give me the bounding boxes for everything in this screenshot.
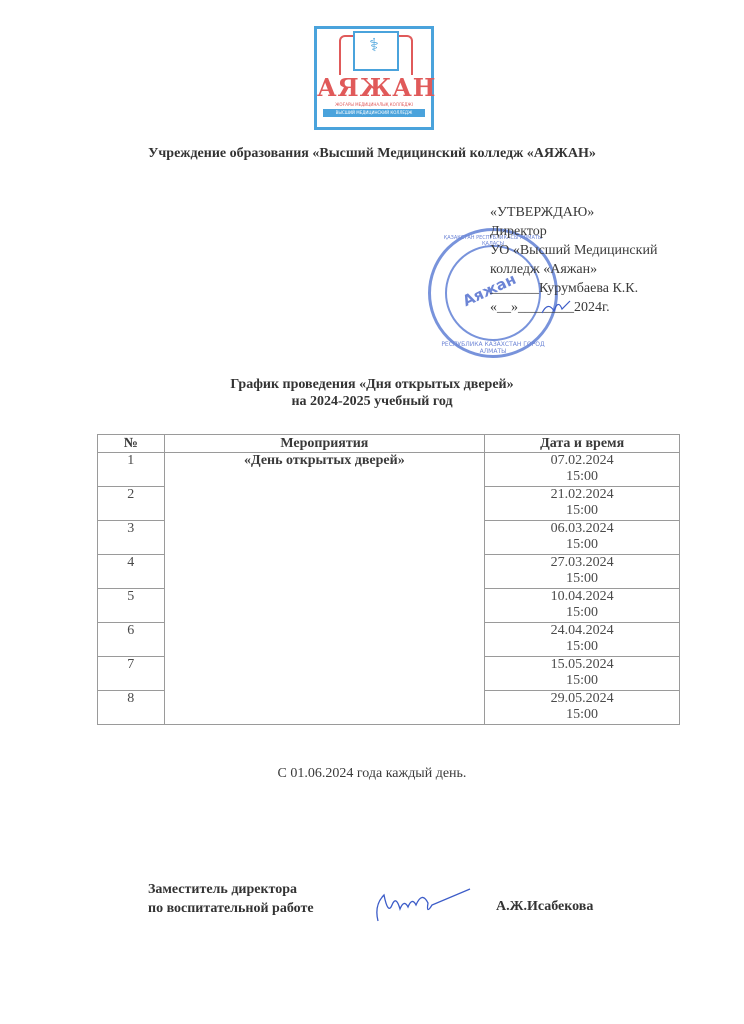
header-datetime: Дата и время [485,435,680,453]
signatory-name: А.Ж.Исабекова [496,899,593,915]
row-datetime: 10.04.202415:00 [485,589,680,623]
daily-note: С 01.06.2024 года каждый день. [0,766,744,782]
event-name: «День открытых дверей» [164,453,485,725]
logo-subtitle-kz: ЖОҒАРЫ МЕДИЦИНАЛЫҚ КОЛЛЕДЖІ [321,102,427,107]
header-event: Мероприятия [164,435,485,453]
document-title: График проведения «Дня открытых дверей» … [0,376,744,410]
row-time: 15:00 [485,605,679,621]
row-date: 24.04.2024 [485,623,679,639]
row-time: 15:00 [485,707,679,723]
row-datetime: 29.05.202415:00 [485,691,680,725]
table-row: 1 «День открытых дверей» 07.02.202415:00 [98,453,680,487]
row-time: 15:00 [485,537,679,553]
title-line1: График проведения «Дня открытых дверей» [0,376,744,393]
institution-name: Учреждение образования «Высший Медицинск… [0,146,744,162]
stamp-rim-bottom: РЕСПУБЛИКА КАЗАХСТАН ГОРОД АЛМАТЫ [437,341,549,355]
row-datetime: 15.05.202415:00 [485,657,680,691]
approval-org-line2: колледж «Аяжан» [490,260,657,279]
row-date: 07.02.2024 [485,453,679,469]
caduceus-icon: ⚕ [364,35,384,55]
approval-heading: «УТВЕРЖДАЮ» [490,203,657,222]
handwritten-signature-icon [370,885,480,925]
row-date: 10.04.2024 [485,589,679,605]
row-time: 15:00 [485,639,679,655]
row-date: 21.02.2024 [485,487,679,503]
director-signature-icon [540,297,580,317]
row-number: 2 [98,487,165,521]
approval-signer: _______Курумбаева К.К. [490,279,657,298]
row-number: 1 [98,453,165,487]
row-number: 7 [98,657,165,691]
logo-brand: АЯЖАН [317,75,431,101]
row-number: 8 [98,691,165,725]
role-line2: по воспитательной работе [148,899,314,918]
row-datetime: 21.02.202415:00 [485,487,680,521]
row-time: 15:00 [485,571,679,587]
role-line1: Заместитель директора [148,880,314,899]
row-date: 27.03.2024 [485,555,679,571]
table-header-row: № Мероприятия Дата и время [98,435,680,453]
row-number: 3 [98,521,165,555]
row-date: 29.05.2024 [485,691,679,707]
row-time: 15:00 [485,673,679,689]
row-time: 15:00 [485,469,679,485]
row-number: 5 [98,589,165,623]
approval-position: Директор [490,222,657,241]
row-date: 15.05.2024 [485,657,679,673]
row-datetime: 06.03.202415:00 [485,521,680,555]
row-time: 15:00 [485,503,679,519]
approval-org-line1: УО «Высший Медицинский [490,241,657,260]
row-datetime: 27.03.202415:00 [485,555,680,589]
title-line2: на 2024-2025 учебный год [0,393,744,410]
row-datetime: 24.04.202415:00 [485,623,680,657]
row-datetime: 07.02.202415:00 [485,453,680,487]
row-number: 4 [98,555,165,589]
college-logo: ⚕ АЯЖАН ЖОҒАРЫ МЕДИЦИНАЛЫҚ КОЛЛЕДЖІ ВЫСШ… [314,26,434,130]
row-date: 06.03.2024 [485,521,679,537]
logo-subtitle-ru: ВЫСШИЙ МЕДИЦИНСКИЙ КОЛЛЕДЖ [323,109,425,117]
row-number: 6 [98,623,165,657]
header-number: № [98,435,165,453]
signatory-role: Заместитель директора по воспитательной … [148,880,314,918]
schedule-table: № Мероприятия Дата и время 1 «День откры… [97,434,680,725]
